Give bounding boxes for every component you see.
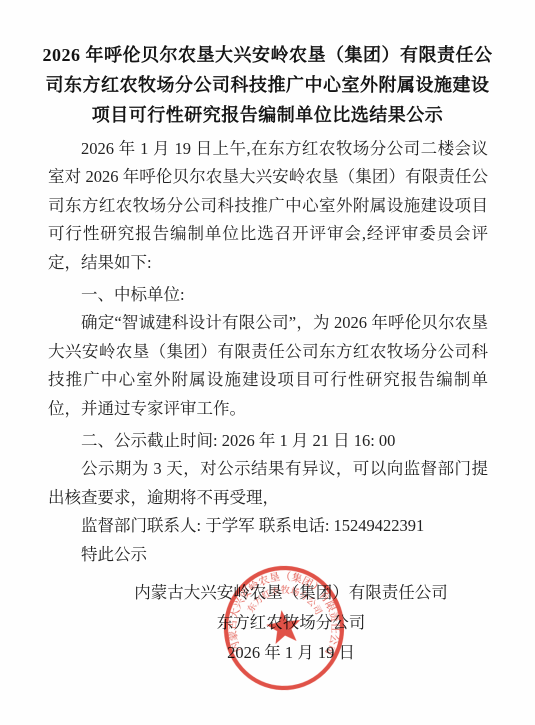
title-line: 2026 年呼伦贝尔农垦大兴安岭农垦（集团）有限责任公 (36, 40, 499, 70)
contact-line: 监督部门联系人: 于学军 联系电话: 15249422391 (48, 512, 488, 540)
signature-date: 2026 年 1 月 19 日 (94, 638, 488, 668)
signature-company: 内蒙古大兴安岭农垦（集团）有限责任公司 (94, 578, 488, 608)
document-page: 2026 年呼伦贝尔农垦大兴安岭农垦（集团）有限责任公 司东方红农牧场分公司科技… (0, 0, 535, 725)
title-line: 项目可行性研究报告编制单位比选结果公示 (36, 100, 499, 130)
body-paragraph: 公示期为 3 天，对公示结果有异议，可以向监督部门提出核查要求，逾期将不再受理， (48, 455, 488, 512)
body-paragraph: 2026 年 1 月 19 日上午,在东方红农牧场分公司二楼会议室对 2026 … (48, 135, 488, 277)
closing-line: 特此公示 (48, 541, 488, 569)
signature-branch: 东方红农牧场分公司 (94, 608, 488, 638)
body-paragraph: 确定“智诚建科设计有限公司”，为 2026 年呼伦贝尔农垦大兴安岭农垦（集团）有… (48, 309, 488, 423)
title-line: 司东方红农牧场分公司科技推广中心室外附属设施建设 (36, 70, 499, 100)
document-body: 2026 年 1 月 19 日上午,在东方红农牧场分公司二楼会议室对 2026 … (48, 135, 488, 569)
section-heading-winner: 一、中标单位: (48, 281, 488, 309)
section-heading-deadline: 二、公示截止时间: 2026 年 1 月 21 日 16: 00 (48, 427, 488, 455)
signature-block: 内蒙古大兴安岭农垦（集团）有限责任公司 东方红农牧场分公司 2026 年 1 月… (94, 578, 488, 668)
page-title: 2026 年呼伦贝尔农垦大兴安岭农垦（集团）有限责任公 司东方红农牧场分公司科技… (0, 0, 535, 130)
